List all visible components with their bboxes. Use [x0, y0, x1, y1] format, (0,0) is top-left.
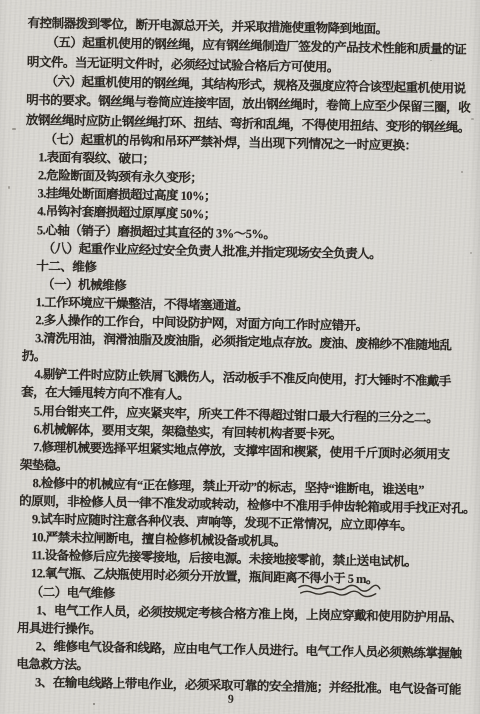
text-line: （五）起重机使用的钢丝绳，应有钢丝绳制造厂签发的产品技术性能和质量的证: [46, 36, 466, 58]
text-line: 明书的要求。钢丝绳与卷筒应连接牢固，放出钢丝绳时，卷筒上应至少保留三圈，收: [26, 93, 470, 116]
text-line: 10.严禁未拉闸断电，擅自检修机械设备或机具。: [31, 530, 285, 549]
text-line: 3.挂绳处断面磨损超过高度 10%；: [37, 186, 216, 204]
text-line: 十二、维修: [36, 259, 96, 275]
text-line: 套，在大锤甩转方向不准有人。: [21, 385, 189, 403]
handwritten-wavy-underline: [297, 583, 383, 598]
scan-speck: [8, 186, 10, 189]
text-line: 2、维修电气设备和线路，应由电气工作人员进行。电气工作人员必须熟练掌握触: [36, 639, 462, 661]
text-line: （一）机械维修: [42, 277, 126, 293]
page-number: 9: [228, 692, 234, 707]
text-line: 6.机械解体，要用支架，架稳垫实，有回转机构者要卡死。: [33, 422, 342, 442]
text-line: 2.危险断面及钩颈有永久变形；: [38, 168, 203, 186]
wavy-underline-strokes: [297, 583, 383, 598]
page-text-block: 3、在输电线路上带电作业，必须采取可靠的安全措施；并经批准。电气设备可能电急救方…: [16, 0, 476, 714]
text-line: 1.工作环境应干燥整洁，不得堵塞通道。: [36, 295, 249, 314]
text-line: 1.表面有裂纹、破口；: [38, 150, 155, 167]
text-line: 用具进行操作。: [17, 621, 101, 637]
text-line: 3.清洗用油，润滑油脂及废油脂，必须指定地点存放。废油、废棉纱不准随地乱: [35, 331, 452, 353]
text-line: 电急救方法。: [16, 657, 88, 673]
text-line: （六）起重机使用的钢丝绳，其结构形式，规格及强度应符合该型起重机使用说: [45, 74, 465, 96]
text-line: 放钢丝绳时应防止钢丝绳打环、扭结、弯折和乱绳，不得使用扭结、变形的钢丝绳。: [26, 112, 470, 135]
scanned-document-page: 3、在输电线路上带电作业，必须采取可靠的安全措施；并经批准。电气设备可能电急救方…: [0, 0, 480, 714]
scan-speck: [12, 128, 16, 130]
text-line: （二）电气维修: [31, 585, 115, 601]
text-line: 扔。: [22, 349, 46, 364]
text-line: 明文件。当无证明文件时，必须经过试验合格后方可使用。: [27, 55, 339, 75]
text-line: 5.心轴（销子）磨损超过其直径的 3%～5%。: [37, 223, 276, 242]
text-line: 架垫稳。: [20, 458, 68, 474]
text-line: 有控制器拨到零位，断开电源总开关，并采取措施使重物降到地面。: [27, 16, 387, 37]
text-line: 3、在输电线路上带电作业，必须采取可靠的安全措施；并经批准。电气设备可能: [35, 675, 461, 697]
text-line: 7.修理机械要选择平坦紧实地点停放，支撑牢固和楔紧，使用千斤顶时必须用支: [33, 440, 450, 462]
text-line: 4.吊钩衬套磨损超过原厚度 50%；: [37, 205, 216, 223]
text-line: 2.多人操作的工作台，中间设防护网，对面方向工作时应错开。: [35, 313, 368, 334]
text-line: （八）起重作业应经过安全负责人批准,并指定现场安全负责人。: [43, 241, 382, 262]
